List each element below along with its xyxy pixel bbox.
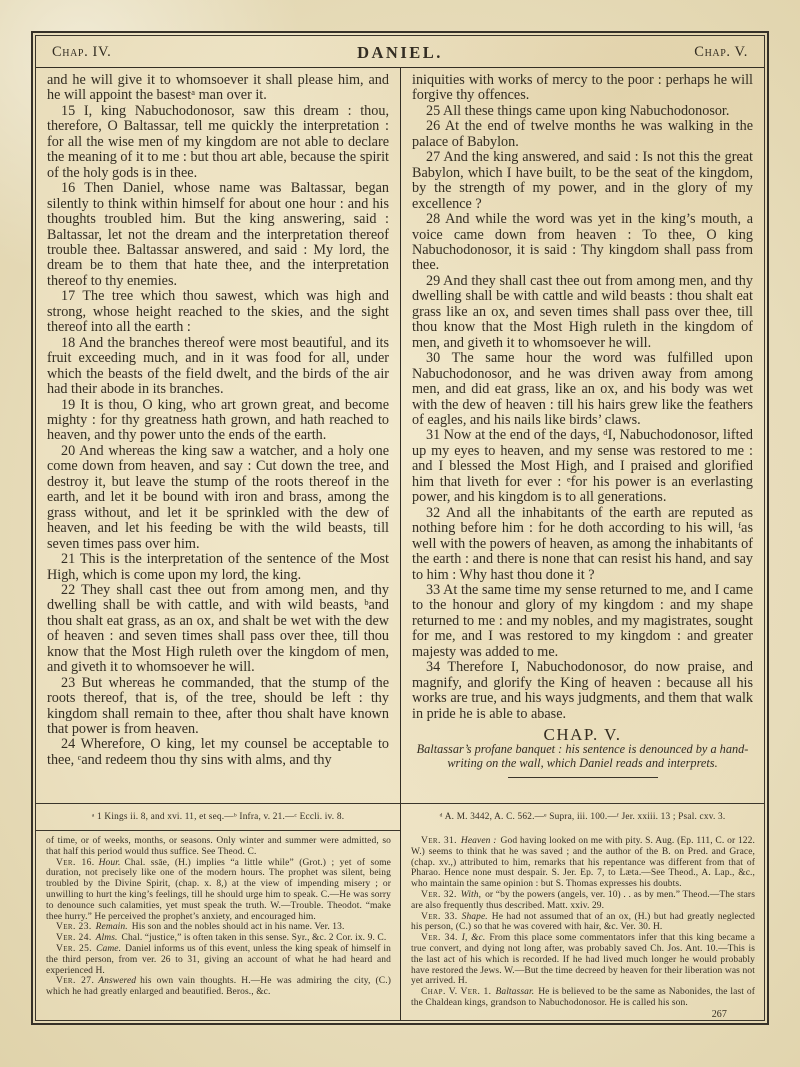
commentary-note: Ver. 16.Hour.Chal. ssāe, (H.) implies “a…: [46, 858, 391, 923]
commentary-note: Ver. 32.With,or “by the powers (angels, …: [411, 890, 755, 912]
note-term: Alms.: [96, 933, 118, 943]
note-term: Remain.: [96, 922, 128, 932]
note-term: Came.: [96, 944, 121, 954]
commentary-left: of time, or of weeks, months, or seasons…: [36, 831, 400, 1020]
verse-paragraph: 17 The tree which thou sawest, which was…: [47, 289, 389, 335]
verse-list-right: 25 All these things came upon king Nabuc…: [412, 104, 753, 722]
verse-paragraph: 23 But whereas he commanded, that the st…: [47, 676, 389, 738]
verse-ref-label: Ver. 32.: [421, 890, 457, 900]
note-text: Chal. “justice,” is often taken in this …: [122, 933, 387, 943]
chapter-heading: CHAP. V.: [412, 727, 753, 742]
commentary-note: Ver. 27.Answeredhis own vain thoughts. H…: [46, 976, 391, 998]
verse-paragraph: 26 At the end of twelve months he was wa…: [412, 119, 753, 150]
verse-continuation-paragraph: and he will give it to whomsoever it sha…: [47, 73, 389, 104]
verse-paragraph: 19 It is thou, O king, who art grown gre…: [47, 398, 389, 444]
note-term: I, &c.: [462, 933, 486, 943]
commentary-continuation-paragraph: of time, or of weeks, months, or seasons…: [46, 836, 391, 858]
note-term: Hour.: [99, 858, 121, 868]
verse-paragraph: 20 And whereas the king saw a watcher, a…: [47, 444, 389, 552]
verse-continuation-paragraph: iniquities with works of mercy to the po…: [412, 73, 753, 104]
verse-paragraph: 24 Wherefore, O king, let my counsel be …: [47, 737, 389, 768]
commentary-right: Ver. 31.Heaven :God having looked on me …: [401, 831, 764, 1020]
text-columns: and he will give it to whomsoever it sha…: [36, 68, 764, 1020]
verse-paragraph: 18 And the branches thereof were most be…: [47, 336, 389, 398]
verse-paragraph: 31 Now at the end of the days, ᵈI, Nabuc…: [412, 428, 753, 505]
commentary-note: Ver. 31.Heaven :God having looked on me …: [411, 836, 755, 890]
note-term: Answered: [98, 976, 136, 986]
verse-paragraph: 22 They shall cast thee out from among m…: [47, 583, 389, 676]
summary-divider-rule: [508, 777, 658, 778]
verse-ref-label: Ver. 34.: [421, 933, 458, 943]
verse-ref-label: Chap. V. Ver. 1.: [421, 987, 491, 997]
verse-paragraph: 16 Then Daniel, whose name was Baltassar…: [47, 181, 389, 289]
page-header: Chap. IV. DANIEL. Chap. V.: [36, 36, 764, 68]
running-head-chapter-right: Chap. V.: [531, 44, 749, 61]
commentary-notes-right: Ver. 31.Heaven :God having looked on me …: [411, 836, 755, 1009]
note-term: With,: [461, 890, 481, 900]
commentary-note: Ver. 34.I, &c.From this place some comme…: [411, 933, 755, 987]
verse-list-left: 15 I, king Nabuchodonosor, saw this drea…: [47, 104, 389, 768]
note-term: Heaven :: [461, 836, 497, 846]
verse-text-right: iniquities with works of mercy to the po…: [401, 68, 764, 803]
verse-ref-label: Ver. 27.: [56, 976, 94, 986]
commentary-note: Chap. V. Ver. 1.Baltassar.He is believed…: [411, 987, 755, 1009]
note-text: His son and the nobles should act in his…: [132, 922, 345, 932]
verse-ref-label: Ver. 16.: [56, 858, 95, 868]
commentary-note: Ver. 25.Came.Daniel informs us of this e…: [46, 944, 391, 976]
page-frame-inner: Chap. IV. DANIEL. Chap. V. and he will g…: [35, 35, 765, 1021]
verse-ref-label: Ver. 33.: [421, 912, 458, 922]
verse-paragraph: 25 All these things came upon king Nabuc…: [412, 104, 753, 119]
verse-paragraph: 15 I, king Nabuchodonosor, saw this drea…: [47, 104, 389, 181]
verse-ref-label: Ver. 25.: [56, 944, 92, 954]
column-right: iniquities with works of mercy to the po…: [400, 68, 764, 1020]
footnote-references-left: ᵃ 1 Kings ii. 8, and xvi. 11, et seq.—ᵇ …: [36, 803, 400, 831]
verse-paragraph: 32 And all the inhabitants of the earth …: [412, 506, 753, 583]
verse-paragraph: 29 And they shall cast thee out from amo…: [412, 274, 753, 351]
verse-paragraph: 33 At the same time my sense returned to…: [412, 583, 753, 660]
running-head-chapter-left: Chap. IV.: [52, 44, 270, 61]
commentary-note: Ver. 23.Remain.His son and the nobles sh…: [46, 922, 391, 933]
verse-paragraph: 34 Therefore I, Nabuchodonosor, do now p…: [412, 660, 753, 722]
note-term: Shape.: [462, 912, 488, 922]
commentary-note: Ver. 33.Shape.He had not assumed that of…: [411, 912, 755, 934]
verse-ref-label: Ver. 24.: [56, 933, 92, 943]
verse-ref-label: Ver. 23.: [56, 922, 92, 932]
note-text: Chal. ssāe, (H.) implies “a little while…: [46, 858, 391, 922]
verse-text-left: and he will give it to whomsoever it sha…: [36, 68, 400, 803]
book-title: DANIEL.: [270, 43, 531, 63]
verse-paragraph: 21 This is the interpretation of the sen…: [47, 552, 389, 583]
verse-paragraph: 28 And while the word was yet in the kin…: [412, 212, 753, 274]
verse-paragraph: 27 And the king answered, and said : Is …: [412, 150, 753, 212]
verse-ref-label: Ver. 31.: [421, 836, 457, 846]
footnote-references-right: ᵈ A. M. 3442, A. C. 562.—ᵉ Supra, iii. 1…: [401, 803, 764, 831]
page-number: 267: [411, 1010, 755, 1020]
chapter-summary: Baltassar’s profane banquet : his senten…: [416, 743, 749, 770]
page-frame: Chap. IV. DANIEL. Chap. V. and he will g…: [31, 31, 769, 1025]
commentary-note: Ver. 24.Alms.Chal. “justice,” is often t…: [46, 933, 391, 944]
commentary-notes-left: Ver. 16.Hour.Chal. ssāe, (H.) implies “a…: [46, 858, 391, 998]
verse-paragraph: 30 The same hour the word was fulfilled …: [412, 351, 753, 428]
column-left: and he will give it to whomsoever it sha…: [36, 68, 400, 1020]
note-term: Baltassar.: [495, 987, 534, 997]
